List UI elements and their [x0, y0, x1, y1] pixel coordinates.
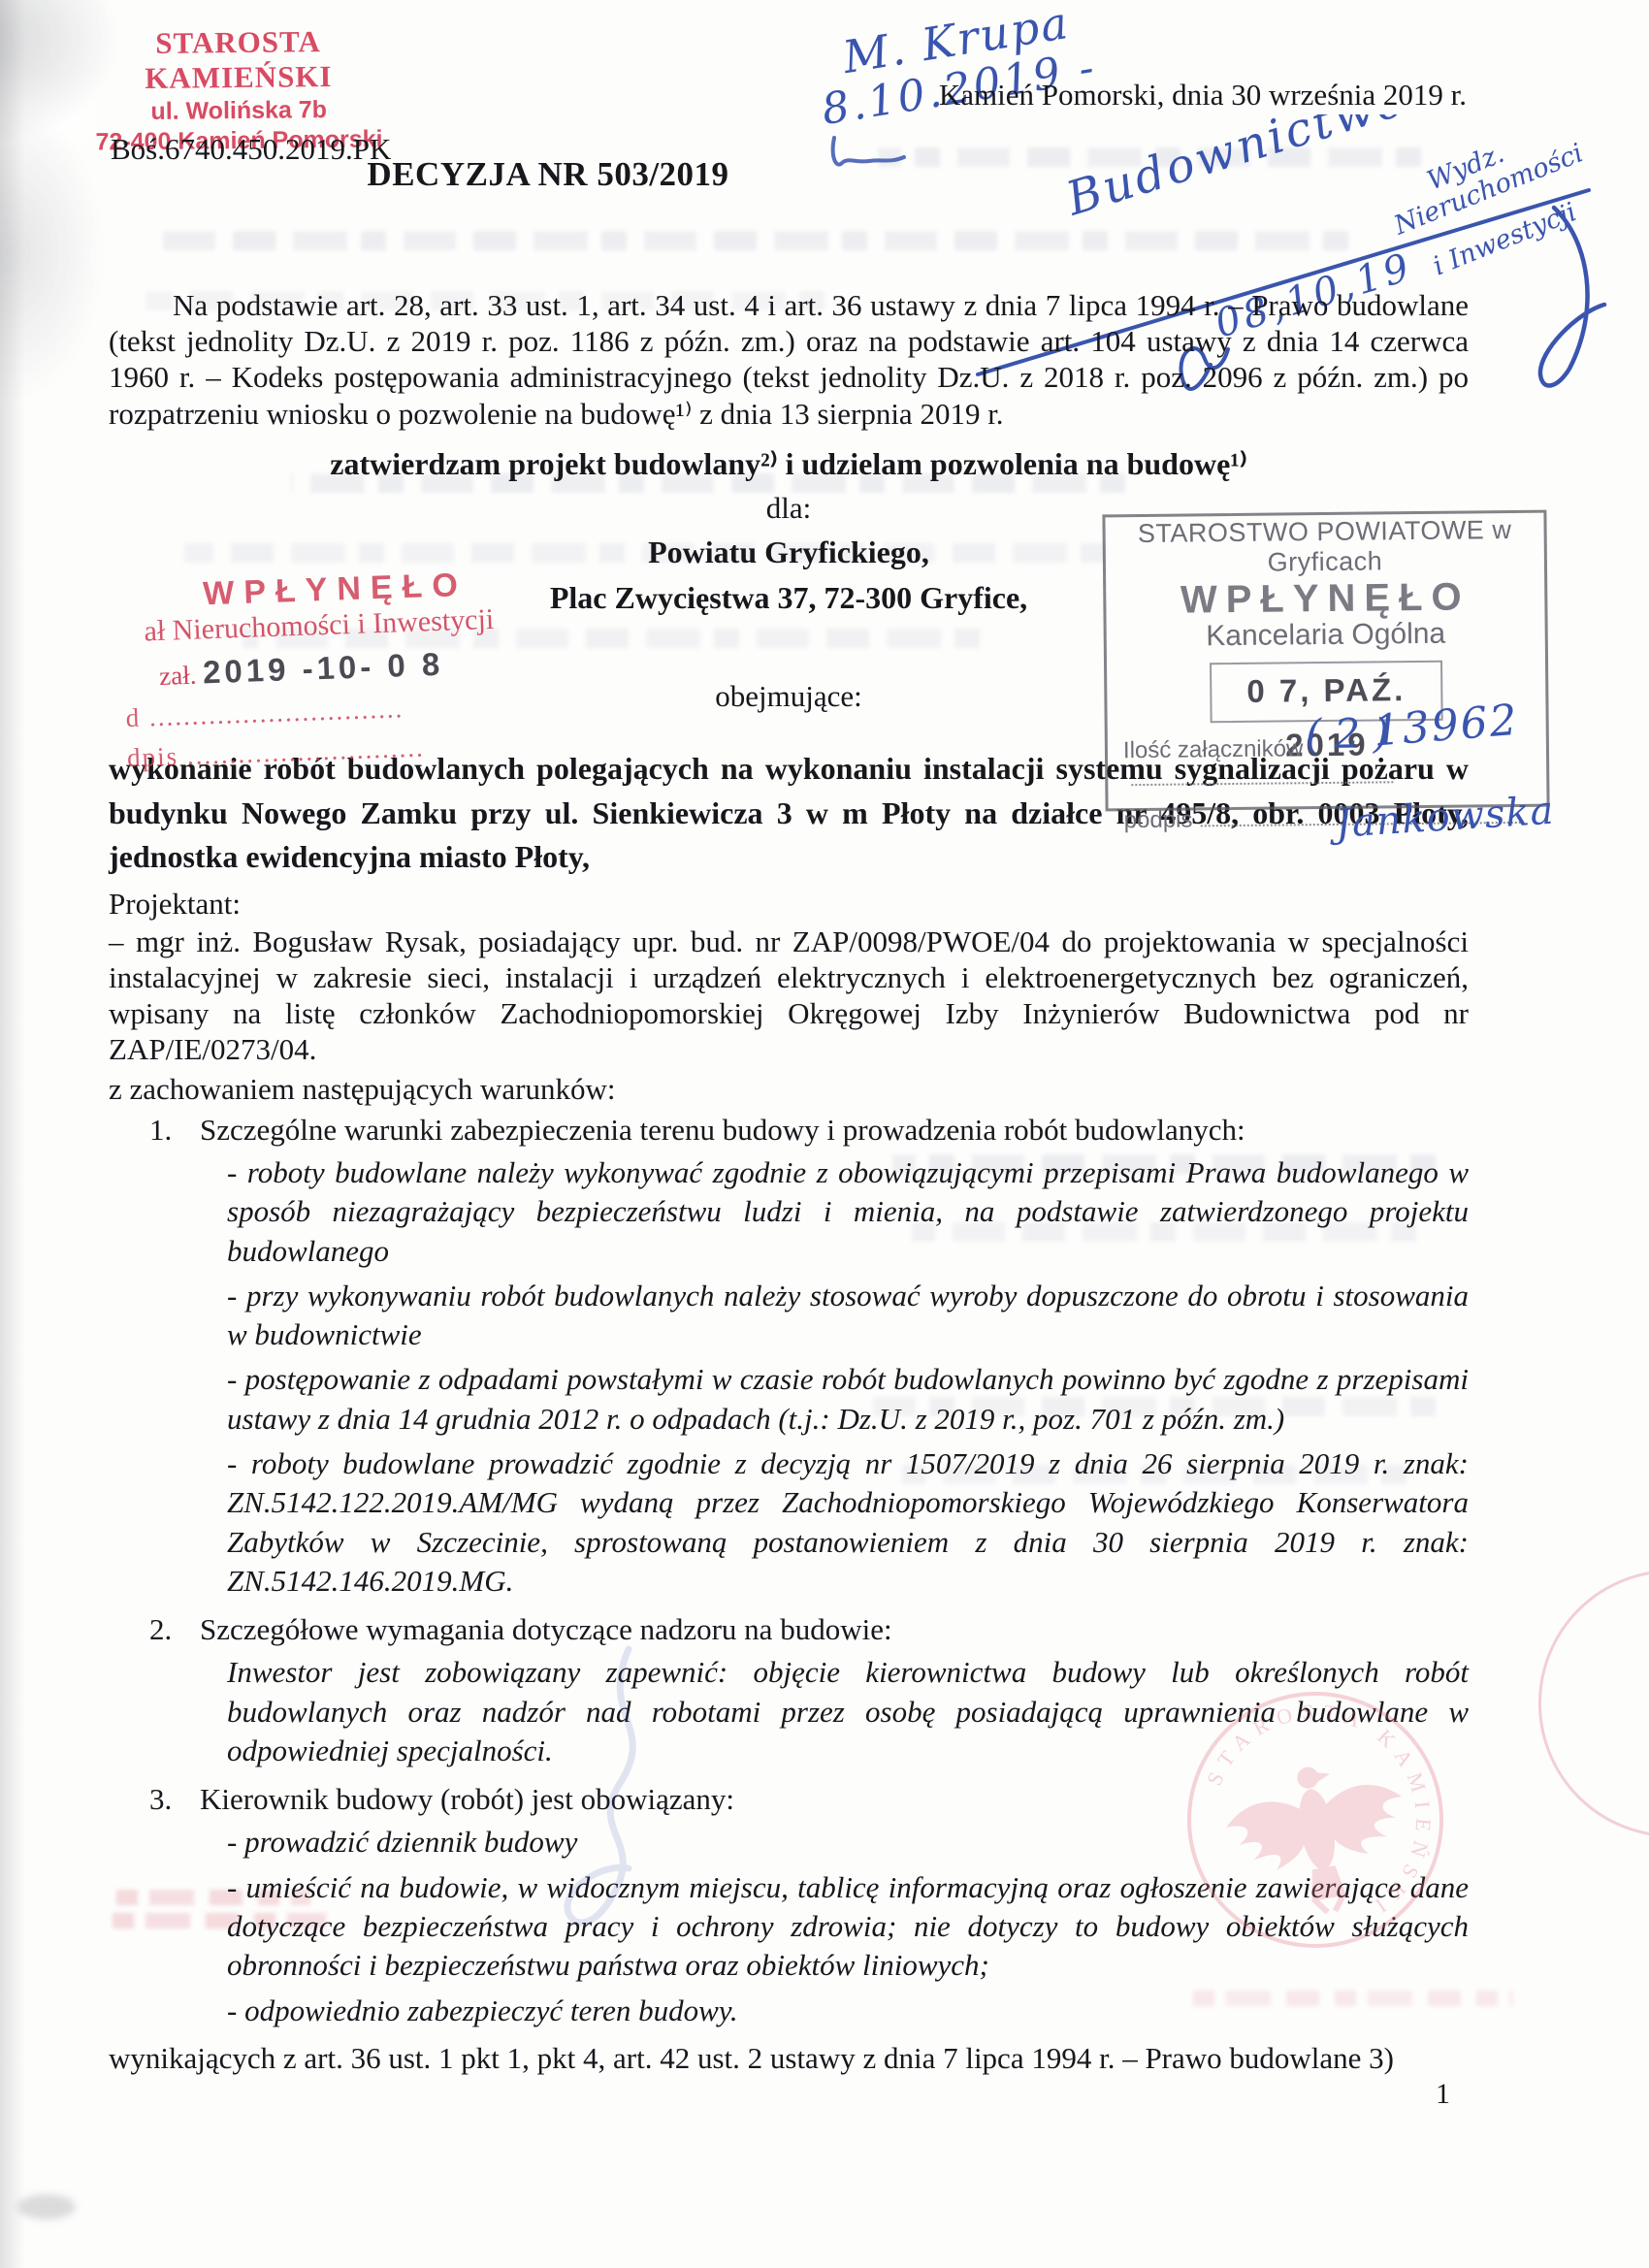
annotation-dept-2: Nieruchomości: [1389, 138, 1587, 242]
condition-2-title: Szczegółowe wymagania dotyczące nadzoru …: [200, 1611, 1469, 1647]
annotation-dept-3: i Inwestycji: [1429, 197, 1581, 281]
received-box-title: WPŁYNĘŁO: [1106, 575, 1544, 624]
designer-label: Projektant:: [109, 886, 1469, 922]
received-box-signature-row: podpis Jankowska: [1124, 802, 1547, 835]
condition-2-number: 2.: [149, 1611, 200, 1776]
condition-1: 1. Szczególne warunki zabezpieczenia ter…: [109, 1112, 1469, 1606]
page-number: 1: [1436, 2078, 1450, 2111]
handwritten-receipt-number: 13962: [1372, 696, 1521, 757]
condition-1-item: - roboty budowlane należy wykonywać zgod…: [227, 1153, 1469, 1271]
sender-office-name: STAROSTA KAMIEŃSKI: [92, 23, 384, 96]
condition-3-number: 3.: [149, 1781, 200, 2036]
official-round-seal: STAROSTA KAMIEŃSKI: [1158, 1663, 1472, 1977]
received-stamp-left-date-row: zał. 2019 -10- 0 8: [158, 641, 580, 693]
handwritten-receipt-signature: Jankowska: [1334, 789, 1555, 847]
annotation-dept-1: Wydz.: [1423, 139, 1508, 197]
received-stamp-left-date-prefix: zał.: [159, 661, 197, 691]
condition-1-item: - postępowanie z odpadami powstałymi w c…: [227, 1360, 1469, 1439]
received-stamp-left: WPŁYNĘŁO ał Nieruchomości i Inwestycji z…: [121, 563, 584, 773]
conditions-intro: z zachowaniem następujących warunków:: [109, 1071, 1469, 1107]
condition-3-item: - odpowiednio zabezpieczyć teren budowy.: [227, 1992, 1469, 2030]
bleedthrough-row: [145, 231, 1348, 250]
designer-details: – mgr inż. Bogusław Rysak, posiadający u…: [109, 923, 1469, 1068]
legal-basis-paragraph: Na podstawie art. 28, art. 33 ust. 1, ar…: [109, 287, 1469, 432]
received-stamp-left-date: 2019 -10- 0 8: [202, 646, 443, 691]
place-and-date: Kamień Pomorski, dnia 30 września 2019 r…: [632, 78, 1467, 113]
attachments-dotted-line: [1131, 761, 1393, 786]
condition-1-title: Szczególne warunki zabezpieczenia terenu…: [200, 1112, 1469, 1148]
closing-legal-reference: wynikających z art. 36 ust. 1 pkt 1, pkt…: [109, 2040, 1469, 2076]
decision-title: DECYZJA NR 503/2019: [0, 155, 1096, 194]
partial-seal-bleed-arc: [1538, 1570, 1649, 1837]
decision-statement: zatwierdzam projekt budowlany²⁾ i udziel…: [109, 445, 1469, 482]
sender-office-street: ul. Wolińska 7b: [93, 95, 384, 126]
scan-smudge: [17, 2194, 76, 2219]
bleedthrough-signature: [483, 1639, 735, 1950]
annotation-budownictwo: Budownictwo: [1059, 114, 1412, 227]
received-stamp-box: STAROSTWO POWIATOWE w Gryficach WPŁYNĘŁO…: [1102, 510, 1549, 812]
condition-1-item: - przy wykonywaniu robót budowlanych nal…: [227, 1277, 1469, 1355]
scanned-document-page: STAROSTA KAMIEŃSKI ul. Wolińska 7b 72-40…: [0, 0, 1649, 2268]
received-box-office: STAROSTWO POWIATOWE w Gryficach: [1105, 515, 1544, 580]
scan-edge-shadow: [0, 0, 25, 2268]
condition-1-number: 1.: [149, 1112, 200, 1606]
received-box-attachments-row: Ilość załączników ( 2 ) 13962: [1123, 733, 1547, 794]
attachments-label: Ilość załączników: [1123, 735, 1304, 763]
signature-label: podpis: [1124, 806, 1193, 833]
condition-1-item: - roboty budowlane prowadzić zgodnie z d…: [227, 1444, 1469, 1601]
received-stamp-left-dotted-line-1: d ..............................: [125, 688, 582, 733]
